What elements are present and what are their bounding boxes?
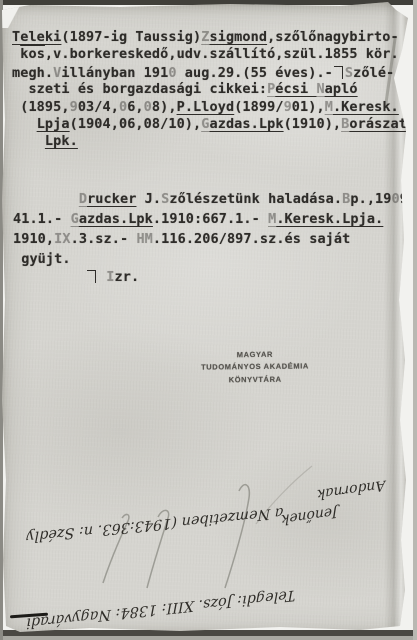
scan-edge-top xyxy=(0,0,417,5)
scan-edge-right xyxy=(413,0,417,640)
scan-edge-bottom xyxy=(0,630,417,640)
scan-edge-left xyxy=(0,0,3,640)
catalog-card-paper: Teleki(1897-ig Taussig)Zsigmond,szőlőnag… xyxy=(0,0,417,640)
scanned-catalog-card: Teleki(1897-ig Taussig)Zsigmond,szőlőnag… xyxy=(0,0,417,640)
